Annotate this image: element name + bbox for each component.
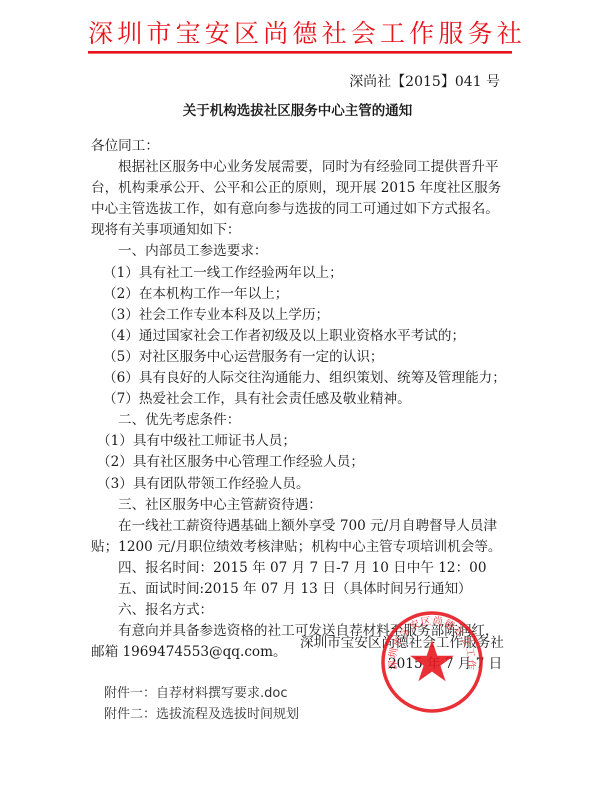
section4-registration-time: 四、报名时间：2015 年 07 月 7 日-7 月 10 日中午 12：00	[91, 558, 521, 579]
requirement-item: （7）热爱社会工作，具有社会责任感及敬业精神。	[91, 389, 521, 410]
letterhead-divider	[88, 51, 512, 54]
signature-date: 2015 年 7 月 7 日	[388, 654, 502, 675]
signature-organization: 深圳市宝安区尚德社会工作服务社	[300, 633, 504, 654]
requirement-item: （2）在本机构工作一年以上；	[91, 284, 521, 305]
notice-title: 关于机构选拔社区服务中心主管的通知	[0, 101, 595, 121]
priority-item: （3）具有团队带领工作经验人员。	[91, 474, 521, 495]
intro-line: 中心主管选拔工作，如有意向参与选拔的同工可通过如下方式报名。	[91, 199, 521, 220]
intro-line: 根据社区服务中心业务发展需要，同时为有经验同工提供晋升平	[91, 157, 521, 178]
attachment-item[interactable]: 附件一：自荐材料撰写要求.doc	[104, 683, 299, 704]
section6-heading: 六、报名方式：	[91, 600, 521, 621]
attachment-item[interactable]: 附件二：选拔流程及选拔时间规划	[104, 704, 299, 725]
section5-interview-time: 五、面试时间:2015 年 07 月 13 日（具体时间另行通知）	[91, 579, 521, 600]
intro-line: 现将有关事项通知如下：	[91, 220, 521, 241]
section1-heading: 一、内部员工参选要求：	[91, 241, 521, 262]
section3-heading: 三、社区服务中心主管薪资待遇：	[91, 495, 521, 516]
intro-line: 台，机构秉承公开、公平和公正的原则，现开展 2015 年度社区服务	[91, 178, 521, 199]
salutation: 各位同工：	[91, 136, 521, 157]
priority-item: （1）具有中级社工师证书人员；	[91, 431, 521, 452]
requirement-item: （5）对社区服务中心运营服务有一定的认识；	[91, 347, 521, 368]
salary-line: 在一线社工薪资待遇基础上额外享受 700 元/月自聘督导人员津	[91, 516, 521, 537]
requirement-item: （1）具有社工一线工作经验两年以上；	[91, 263, 521, 284]
requirement-item: （4）通过国家社会工作者初级及以上职业资格水平考试的；	[91, 326, 521, 347]
notice-body: 各位同工： 根据社区服务中心业务发展需要，同时为有经验同工提供晋升平 台，机构秉…	[91, 136, 521, 663]
priority-item: （2）具有社区服务中心管理工作经验人员；	[91, 452, 521, 473]
document-number: 深尚社【2015】041 号	[349, 72, 500, 92]
salary-line: 贴；1200 元/月职位绩效考核津贴；机构中心主管专项培训机会等。	[91, 537, 521, 558]
requirement-item: （6）具有良好的人际交往沟通能力、组织策划、统筹及管理能力；	[91, 368, 521, 389]
section2-heading: 二、优先考虑条件：	[91, 410, 521, 431]
requirement-item: （3）社会工作专业本科及以上学历；	[91, 305, 521, 326]
attachments-list: 附件一：自荐材料撰写要求.doc 附件二：选拔流程及选拔时间规划	[104, 683, 299, 725]
